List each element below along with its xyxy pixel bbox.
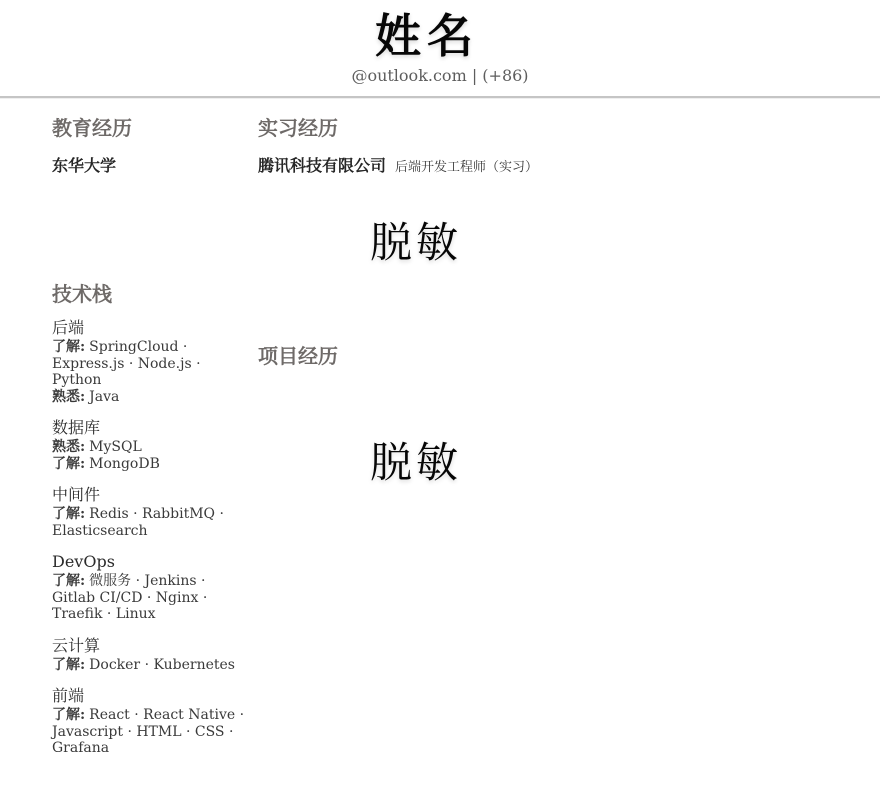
skill-level-label: 了解: — [52, 339, 85, 355]
left-column: 教育经历 东华大学 技术栈 后端 了解:SpringCloud · Expres… — [52, 98, 248, 757]
skill-level-label: 了解: — [52, 573, 85, 589]
skill-group-name: 后端 — [52, 318, 248, 337]
skill-group-name: 中间件 — [52, 485, 248, 504]
skill-level-label: 熟悉: — [52, 439, 85, 455]
right-column: 实习经历 腾讯科技有限公司后端开发工程师（实习） 项目经历 — [258, 98, 828, 757]
resume-header: 姓名 @outlook.com | (+86) — [0, 0, 880, 85]
skill-group-name: DevOps — [52, 552, 248, 571]
skill-group-middleware: 中间件 了解:Redis · RabbitMQ · Elasticsearch — [52, 485, 248, 539]
skill-level-label: 了解: — [52, 657, 85, 673]
contact-line: @outlook.com | (+86) — [0, 67, 880, 85]
skill-group-name: 云计算 — [52, 636, 248, 655]
skill-group-frontend: 前端 了解:React · React Native · Javascript … — [52, 686, 248, 757]
skill-items: Docker · Kubernetes — [89, 657, 235, 673]
skill-group-name: 数据库 — [52, 418, 248, 437]
redaction-overlay-internship: 脱敏 — [370, 219, 462, 267]
redaction-overlay-projects: 脱敏 — [370, 439, 462, 487]
education-school: 东华大学 — [52, 156, 248, 175]
resume-body: 教育经历 东华大学 技术栈 后端 了解:SpringCloud · Expres… — [0, 98, 880, 757]
skill-group-name: 前端 — [52, 686, 248, 705]
internship-entry: 腾讯科技有限公司后端开发工程师（实习） — [258, 156, 828, 177]
skill-level-label: 了解: — [52, 506, 85, 522]
skill-line: 了解:Redis · RabbitMQ · Elasticsearch — [52, 506, 248, 539]
section-title-projects: 项目经历 — [258, 345, 828, 367]
candidate-name: 姓名 — [375, 8, 479, 64]
skill-line: 了解:MongoDB — [52, 456, 248, 473]
skill-line: 了解:微服务 · Jenkins · Gitlab CI/CD · Nginx … — [52, 573, 248, 623]
skill-level-label: 了解: — [52, 707, 85, 723]
skill-level-label: 了解: — [52, 456, 85, 472]
section-title-internship: 实习经历 — [258, 117, 828, 139]
internship-company: 腾讯科技有限公司 — [258, 156, 386, 175]
skill-group-devops: DevOps 了解:微服务 · Jenkins · Gitlab CI/CD ·… — [52, 552, 248, 623]
skill-line: 了解:React · React Native · Javascript · H… — [52, 707, 248, 757]
section-title-tech-stack: 技术栈 — [52, 283, 248, 305]
skill-group-database: 数据库 熟悉:MySQL 了解:MongoDB — [52, 418, 248, 472]
skill-group-cloud: 云计算 了解:Docker · Kubernetes — [52, 636, 248, 674]
skill-group-backend: 后端 了解:SpringCloud · Express.js · Node.js… — [52, 318, 248, 405]
resume-page: 姓名 @outlook.com | (+86) 教育经历 东华大学 技术栈 后端… — [0, 0, 880, 806]
skill-line: 熟悉:Java — [52, 389, 248, 406]
skill-items: Java — [89, 389, 119, 405]
internship-role: 后端开发工程师（实习） — [395, 160, 538, 175]
skill-line: 熟悉:MySQL — [52, 439, 248, 456]
skill-items: MySQL — [89, 439, 142, 455]
skill-level-label: 熟悉: — [52, 389, 85, 405]
section-title-education: 教育经历 — [52, 117, 248, 139]
skill-line: 了解:SpringCloud · Express.js · Node.js · … — [52, 339, 248, 389]
skill-items: MongoDB — [89, 456, 160, 472]
skill-line: 了解:Docker · Kubernetes — [52, 657, 248, 674]
